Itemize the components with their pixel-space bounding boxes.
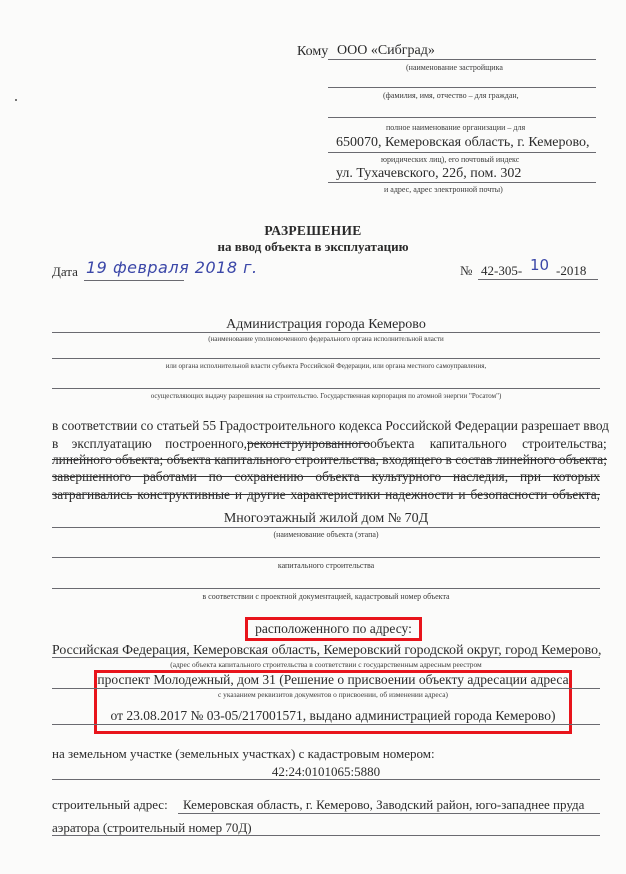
paragraph-line-4: завершенного работами по сохранению объе… <box>52 470 600 483</box>
date-label: Дата <box>52 264 78 280</box>
object-underline-1 <box>52 527 600 528</box>
recipient-hint-5: и адрес, адрес электронной почты) <box>384 185 503 194</box>
recipient-hint-3: полное наименование организации – для <box>386 123 525 132</box>
authority-hint-1: (наименование уполномоченного федерально… <box>52 335 600 343</box>
address-underline-1 <box>52 657 600 658</box>
address-underline-2 <box>52 688 600 689</box>
object-hint-3: в соответствии с проектной документацией… <box>52 592 600 601</box>
construction-address-label: строительный адрес: <box>52 797 168 813</box>
address-line-3: от 23.08.2017 № 03-05/217001571, выдано … <box>94 708 572 724</box>
document-subtitle: на ввод объекта в эксплуатацию <box>0 239 626 255</box>
paragraph-line-2-b: объекта капитального строительства; <box>370 436 607 452</box>
paragraph-line-2: в эксплуатацию построенного, реконструир… <box>52 436 600 452</box>
date-underline <box>84 280 184 281</box>
object-hint-1: (наименование объекта (этапа) <box>52 530 600 539</box>
construction-address-underline-1 <box>178 813 600 814</box>
scan-speck <box>15 99 17 101</box>
number-label: № <box>460 263 472 279</box>
object-underline-3 <box>52 588 600 589</box>
authority-underline-3 <box>52 388 600 389</box>
paragraph-line-2-struck: реконструированного <box>247 436 370 452</box>
address-underline-3 <box>52 724 600 725</box>
recipient-name-underline <box>328 59 596 60</box>
recipient-hint-1: (наименование застройщика <box>406 63 503 72</box>
recipient-fio-underline <box>328 87 596 88</box>
land-label: на земельном участке (земельных участках… <box>52 746 435 762</box>
address-label: расположенного по адресу: <box>245 621 422 637</box>
authority-name: Администрация города Кемерово <box>52 317 600 333</box>
number-prefix: 42-305- <box>481 263 522 279</box>
recipient-hint-4: юридических лиц), его почтовый индекс <box>381 155 519 164</box>
recipient-address-line-1: 650070, Кемеровская область, г. Кемерово… <box>336 135 590 151</box>
recipient-address-underline-1 <box>328 152 596 153</box>
document-title: РАЗРЕШЕНИЕ <box>0 223 626 239</box>
recipient-org-underline <box>328 117 596 118</box>
cadastral-number: 42:24:0101065:5880 <box>52 764 600 780</box>
object-hint-2: капитального строительства <box>52 561 600 570</box>
construction-address-underline-2 <box>52 835 600 836</box>
number-handwritten: 10 <box>530 256 549 274</box>
construction-address-line-1: Кемеровская область, г. Кемерово, Заводс… <box>183 797 584 813</box>
paragraph-line-5: затрагивались конструктивные и другие ха… <box>52 488 600 501</box>
address-hint-2: с указанием реквизитов документов о прис… <box>94 690 572 699</box>
number-suffix: -2018 <box>556 263 586 279</box>
recipient-address-underline-2 <box>328 182 596 183</box>
authority-hint-3: осуществляющих выдачу разрешения на стро… <box>52 392 600 400</box>
authority-underline-2 <box>52 358 600 359</box>
cadastral-underline <box>52 779 600 780</box>
recipient-label: Кому <box>297 44 328 60</box>
paragraph-line-3: линейного объекта; объекта капитального … <box>52 453 600 466</box>
recipient-hint-2: (фамилия, имя, отчество – для граждан, <box>383 91 519 100</box>
address-hint-1: (адрес объекта капитального строительств… <box>52 660 600 669</box>
address-line-2: проспект Молодежный, дом 31 (Решение о п… <box>94 672 572 688</box>
authority-underline-1 <box>52 332 600 333</box>
object-underline-2 <box>52 557 600 558</box>
paragraph-line-1: в соответствии со статьей 55 Градостроит… <box>52 419 600 432</box>
recipient-name: ООО «Сибград» <box>337 43 435 59</box>
date-value-handwritten: 19 февраля 2018 г. <box>86 258 258 277</box>
address-line-1: Российская Федерация, Кемеровская област… <box>52 642 600 658</box>
number-underline <box>478 279 598 280</box>
authority-hint-2: или органа исполнительной власти субъект… <box>52 362 600 370</box>
construction-address-line-2: аэратора (строительный номер 70Д) <box>52 820 252 836</box>
paragraph-line-2-a: в эксплуатацию построенного, <box>52 436 247 452</box>
recipient-address-line-2: ул. Тухачевского, 22б, пом. 302 <box>336 166 521 182</box>
object-name: Многоэтажный жилой дом № 70Д <box>52 511 600 527</box>
